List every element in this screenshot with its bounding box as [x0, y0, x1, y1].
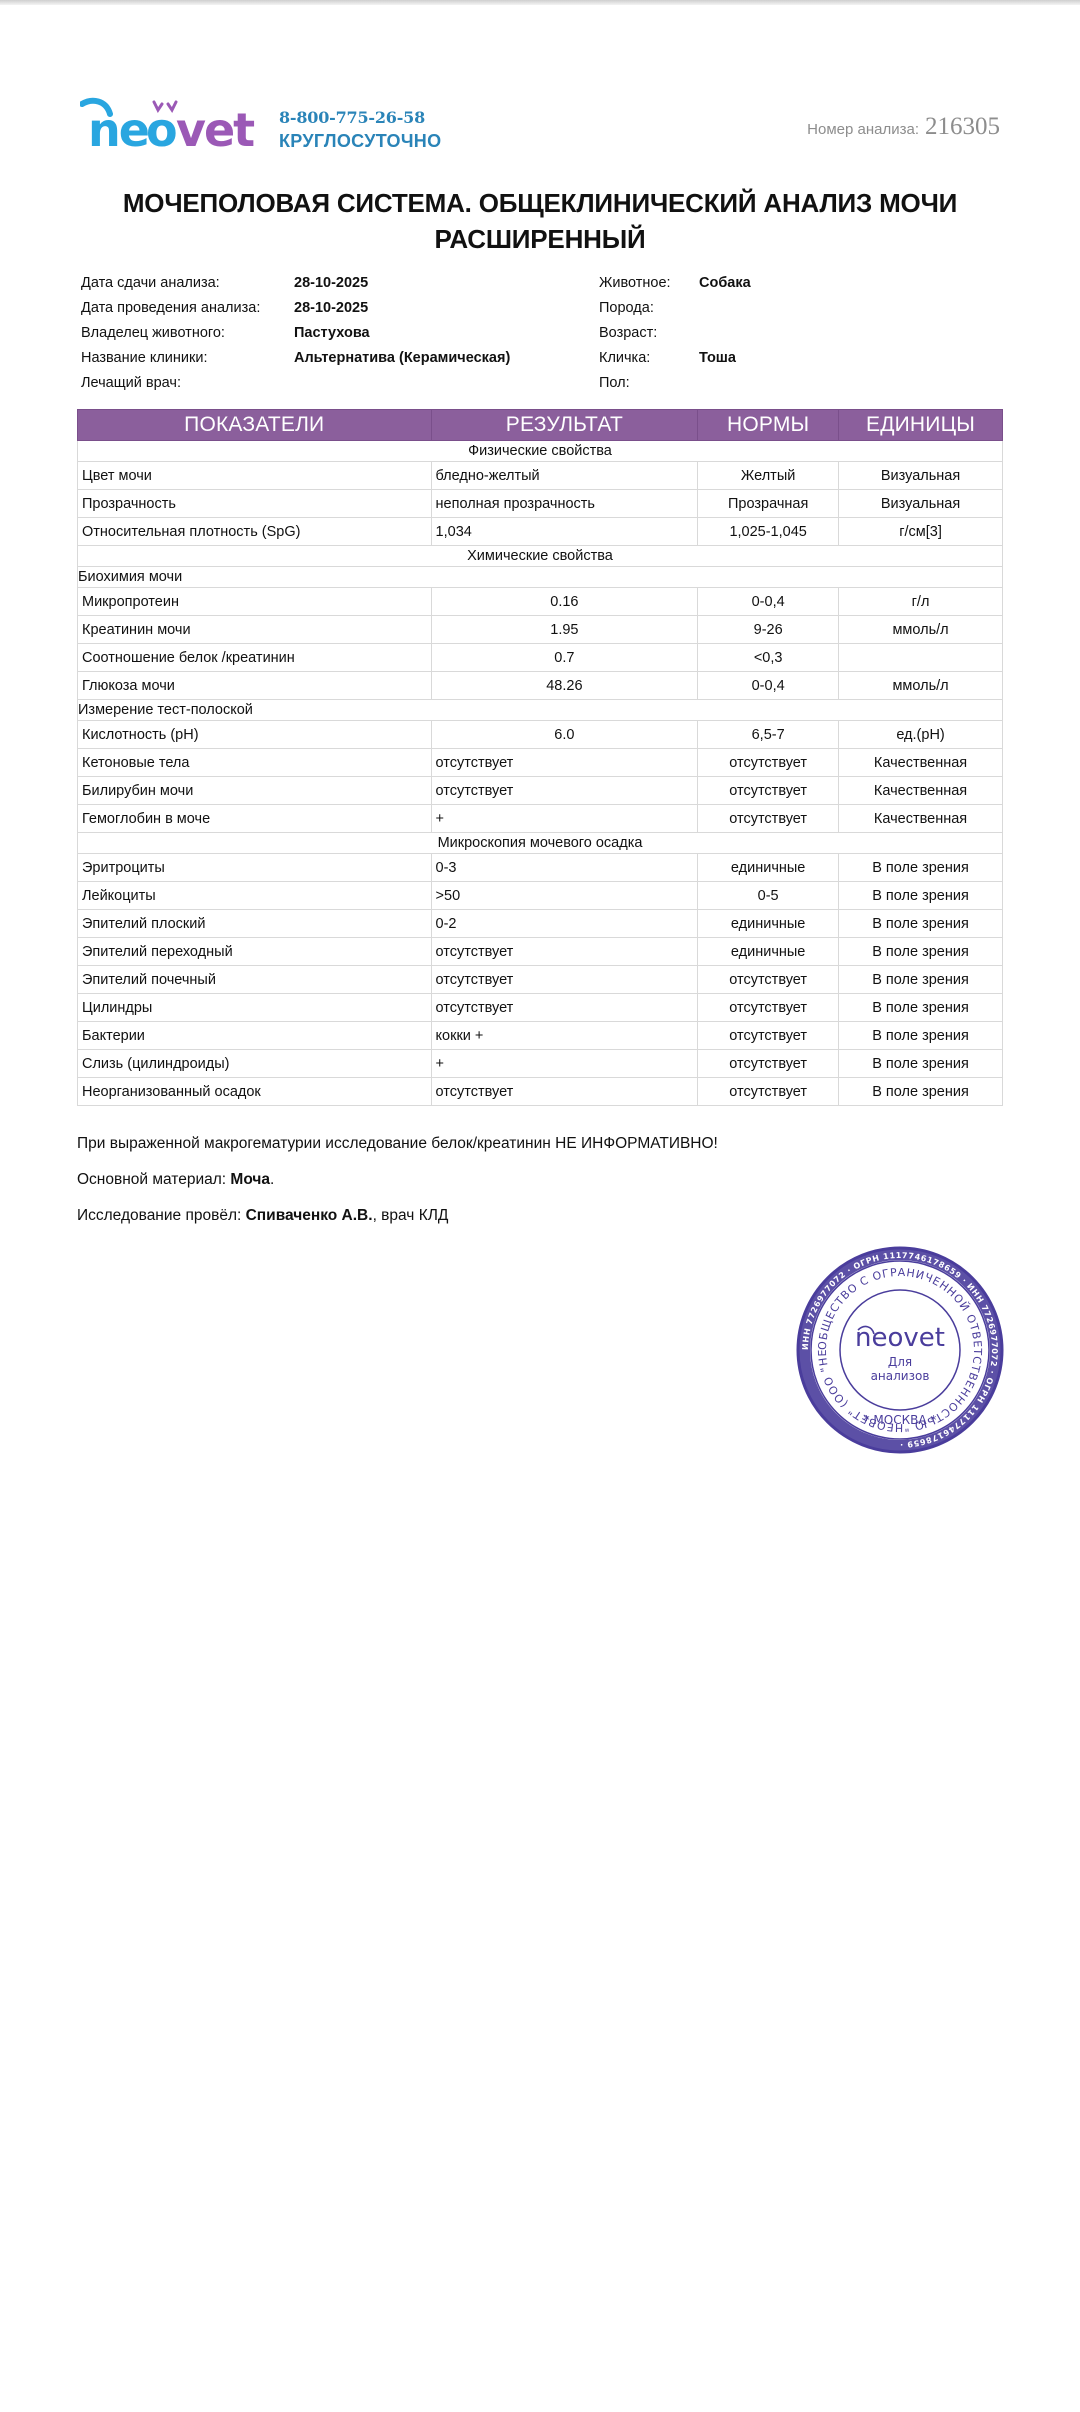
- table-header-row: ПОКАЗАТЕЛИ РЕЗУЛЬТАТ НОРМЫ ЕДИНИЦЫ: [78, 410, 1003, 441]
- cell-norm: отсутствует: [698, 1050, 839, 1078]
- cell-unit: ед.(pH): [839, 721, 1003, 749]
- cell-unit: Визуальная: [839, 462, 1003, 490]
- cell-norm: Желтый: [698, 462, 839, 490]
- cell-result: отсутствует: [431, 938, 698, 966]
- analysis-number-value: 216305: [925, 113, 1000, 141]
- cell-name: Глюкоза мочи: [78, 672, 432, 700]
- cell-norm: единичные: [698, 854, 839, 882]
- info-row-animal: Животное:Собака: [599, 270, 751, 295]
- cell-name: Бактерии: [78, 1022, 432, 1050]
- cell-norm: отсутствует: [698, 1022, 839, 1050]
- info-label: Дата проведения анализа:: [81, 300, 294, 316]
- cell-name: Эритроциты: [78, 854, 432, 882]
- info-row-age: Возраст:: [599, 320, 751, 345]
- cell-result: 0.7: [431, 644, 698, 672]
- cell-unit: Качественная: [839, 805, 1003, 833]
- cell-name: Гемоглобин в моче: [78, 805, 432, 833]
- table-row: Гемоглобин в моче+отсутствуетКачественна…: [78, 805, 1003, 833]
- cell-result: 6.0: [431, 721, 698, 749]
- section-title: Химические свойства: [78, 546, 1003, 567]
- cell-unit: В поле зрения: [839, 882, 1003, 910]
- table-row: Неорганизованный осадокотсутствуетотсутс…: [78, 1078, 1003, 1106]
- cell-unit: Качественная: [839, 749, 1003, 777]
- material-line: Основной материал: Моча.: [77, 1168, 718, 1204]
- cell-norm: 0-5: [698, 882, 839, 910]
- cell-name: Эпителий плоский: [78, 910, 432, 938]
- table-row: Эпителий почечныйотсутствуетотсутствуетВ…: [78, 966, 1003, 994]
- performed-by-line: Исследование провёл: Спиваченко А.В., вр…: [77, 1204, 718, 1240]
- table-row: Прозрачностьнеполная прозрачностьПрозрач…: [78, 490, 1003, 518]
- info-label: Дата сдачи анализа:: [81, 275, 294, 291]
- cell-norm: отсутствует: [698, 805, 839, 833]
- performer-name: Спиваченко А.В.: [246, 1207, 373, 1224]
- cell-unit: В поле зрения: [839, 966, 1003, 994]
- table-row: Билирубин мочиотсутствуетотсутствуетКаче…: [78, 777, 1003, 805]
- cell-unit: ммоль/л: [839, 672, 1003, 700]
- cell-unit: В поле зрения: [839, 854, 1003, 882]
- info-label: Возраст:: [599, 325, 699, 341]
- table-row: Относительная плотность (SpG)1,0341,025-…: [78, 518, 1003, 546]
- cell-norm: 1,025-1,045: [698, 518, 839, 546]
- cell-result: 1.95: [431, 616, 698, 644]
- cell-name: Микропротеин: [78, 588, 432, 616]
- info-value: Тоша: [699, 350, 736, 366]
- table-row: Лейкоциты>500-5В поле зрения: [78, 882, 1003, 910]
- stamp-center-line-1: Для: [888, 1355, 912, 1369]
- cell-result: отсутствует: [431, 966, 698, 994]
- section-row-microscopy: Микроскопия мочевого осадка: [78, 833, 1003, 854]
- table-row: Цвет мочибледно-желтыйЖелтыйВизуальная: [78, 462, 1003, 490]
- cell-result: отсутствует: [431, 777, 698, 805]
- table-row: Кетоновые телаотсутствуетотсутствуетКаче…: [78, 749, 1003, 777]
- info-left-block: Дата сдачи анализа:28-10-2025 Дата прове…: [81, 270, 510, 395]
- cell-unit: Визуальная: [839, 490, 1003, 518]
- hematuria-warning: При выраженной макрогематурии исследован…: [77, 1132, 718, 1168]
- cell-name: Креатинин мочи: [78, 616, 432, 644]
- cell-result: 0-3: [431, 854, 698, 882]
- cell-name: Цилиндры: [78, 994, 432, 1022]
- cell-result: >50: [431, 882, 698, 910]
- info-value: 28-10-2025: [294, 275, 368, 291]
- info-row-analysis-date: Дата проведения анализа:28-10-2025: [81, 295, 510, 320]
- subsection-row-biochem: Биохимия мочи: [78, 567, 1003, 588]
- info-value: Собака: [699, 275, 751, 291]
- cell-result: +: [431, 1050, 698, 1078]
- info-value: 28-10-2025: [294, 300, 368, 316]
- column-header-indicators: ПОКАЗАТЕЛИ: [78, 410, 432, 441]
- cell-norm: 6,5-7: [698, 721, 839, 749]
- cell-norm: Прозрачная: [698, 490, 839, 518]
- table-row: Эритроциты0-3единичныеВ поле зрения: [78, 854, 1003, 882]
- info-row-sex: Пол:: [599, 370, 751, 395]
- cell-result: 0-2: [431, 910, 698, 938]
- performed-label: Исследование провёл:: [77, 1207, 246, 1224]
- info-label: Лечащий врач:: [81, 375, 294, 391]
- cell-unit: г/см[3]: [839, 518, 1003, 546]
- cell-norm: отсутствует: [698, 749, 839, 777]
- info-label: Пол:: [599, 375, 699, 391]
- info-value: Альтернатива (Керамическая): [294, 350, 510, 366]
- section-title: Микроскопия мочевого осадка: [78, 833, 1003, 854]
- info-label: Кличка:: [599, 350, 699, 366]
- info-row-breed: Порода:: [599, 295, 751, 320]
- stamp-logo: neovet: [855, 1323, 945, 1353]
- cell-name: Билирубин мочи: [78, 777, 432, 805]
- cell-result: неполная прозрачность: [431, 490, 698, 518]
- table-row: Бактериикокки +отсутствуетВ поле зрения: [78, 1022, 1003, 1050]
- info-row-clinic: Название клиники:Альтернатива (Керамичес…: [81, 345, 510, 370]
- info-right-block: Животное:Собака Порода: Возраст: Кличка:…: [599, 270, 751, 395]
- cell-norm: 0-0,4: [698, 672, 839, 700]
- cell-norm: отсутствует: [698, 994, 839, 1022]
- material-suffix: .: [270, 1171, 274, 1188]
- cell-unit: ммоль/л: [839, 616, 1003, 644]
- material-label: Основной материал:: [77, 1171, 230, 1188]
- cell-result: отсутствует: [431, 994, 698, 1022]
- results-table: ПОКАЗАТЕЛИ РЕЗУЛЬТАТ НОРМЫ ЕДИНИЦЫ Физич…: [77, 409, 1003, 1106]
- cell-result: 1,034: [431, 518, 698, 546]
- stamp-center-line-2: анализов: [871, 1369, 930, 1383]
- cell-result: 48.26: [431, 672, 698, 700]
- svg-text:ne: ne: [88, 103, 148, 156]
- cell-unit: В поле зрения: [839, 910, 1003, 938]
- cell-name: Кислотность (pH): [78, 721, 432, 749]
- table-row: Эпителий плоский0-2единичныеВ поле зрени…: [78, 910, 1003, 938]
- cell-unit: В поле зрения: [839, 1078, 1003, 1106]
- neovet-logo: ne o vet: [80, 96, 260, 156]
- column-header-units: ЕДИНИЦЫ: [839, 410, 1003, 441]
- cell-norm: отсутствует: [698, 777, 839, 805]
- info-row-owner: Владелец животного:Пастухова: [81, 320, 510, 345]
- cell-norm: отсутствует: [698, 966, 839, 994]
- table-row: Кислотность (pH)6.06,5-7ед.(pH): [78, 721, 1003, 749]
- table-row: Слизь (цилиндроиды)+отсутствуетВ поле зр…: [78, 1050, 1003, 1078]
- cell-norm: отсутствует: [698, 1078, 839, 1106]
- cell-unit: [839, 644, 1003, 672]
- info-label: Название клиники:: [81, 350, 294, 366]
- analysis-number: Номер анализа: 216305: [807, 113, 1000, 141]
- cell-name: Эпителий переходный: [78, 938, 432, 966]
- company-stamp: ИНН 7726977072 · ОГРН 1117746178659 · ИН…: [796, 1246, 1004, 1454]
- cell-norm: единичные: [698, 910, 839, 938]
- cell-result: кокки +: [431, 1022, 698, 1050]
- cell-norm: 0-0,4: [698, 588, 839, 616]
- info-row-doctor: Лечащий врач:: [81, 370, 510, 395]
- cell-result: бледно-желтый: [431, 462, 698, 490]
- cell-norm: 9-26: [698, 616, 839, 644]
- title-line-1: МОЧЕПОЛОВАЯ СИСТЕМА. ОБЩЕКЛИНИЧЕСКИЙ АНА…: [100, 185, 980, 221]
- svg-text:vet: vet: [176, 103, 254, 156]
- phone-number[interactable]: 8-800-775-26-58: [279, 108, 441, 127]
- cell-norm: <0,3: [698, 644, 839, 672]
- table-row: Микропротеин0.160-0,4г/л: [78, 588, 1003, 616]
- material-value: Моча: [230, 1171, 270, 1188]
- top-edge-shadow: [0, 0, 1080, 5]
- cell-unit: В поле зрения: [839, 1050, 1003, 1078]
- cell-name: Слизь (цилиндроиды): [78, 1050, 432, 1078]
- table-row: ЦилиндрыотсутствуетотсутствуетВ поле зре…: [78, 994, 1003, 1022]
- hours-label: КРУГЛОСУТОЧНО: [279, 131, 441, 152]
- section-row-physical: Физические свойства: [78, 441, 1003, 462]
- info-row-submission-date: Дата сдачи анализа:28-10-2025: [81, 270, 510, 295]
- info-label: Животное:: [599, 275, 699, 291]
- column-header-result: РЕЗУЛЬТАТ: [431, 410, 698, 441]
- cell-unit: В поле зрения: [839, 994, 1003, 1022]
- cell-unit: В поле зрения: [839, 938, 1003, 966]
- section-row-chemical: Химические свойства: [78, 546, 1003, 567]
- table-row: Соотношение белок /креатинин0.7<0,3: [78, 644, 1003, 672]
- table-row: Эпителий переходныйотсутствуетединичныеВ…: [78, 938, 1003, 966]
- subsection-title: Биохимия мочи: [78, 567, 1003, 588]
- cell-norm: единичные: [698, 938, 839, 966]
- cell-name: Цвет мочи: [78, 462, 432, 490]
- contact-block: 8-800-775-26-58 КРУГЛОСУТОЧНО: [279, 108, 441, 152]
- subsection-title: Измерение тест-полоской: [78, 700, 1003, 721]
- performer-title: , врач КЛД: [373, 1207, 449, 1224]
- info-label: Владелец животного:: [81, 325, 294, 341]
- table-row: Глюкоза мочи48.260-0,4ммоль/л: [78, 672, 1003, 700]
- cell-result: 0.16: [431, 588, 698, 616]
- cell-result: отсутствует: [431, 1078, 698, 1106]
- cell-name: Эпителий почечный: [78, 966, 432, 994]
- cell-unit: В поле зрения: [839, 1022, 1003, 1050]
- subsection-row-strip: Измерение тест-полоской: [78, 700, 1003, 721]
- column-header-norms: НОРМЫ: [698, 410, 839, 441]
- cell-name: Прозрачность: [78, 490, 432, 518]
- cell-name: Соотношение белок /креатинин: [78, 644, 432, 672]
- page-title: МОЧЕПОЛОВАЯ СИСТЕМА. ОБЩЕКЛИНИЧЕСКИЙ АНА…: [100, 185, 980, 257]
- cell-name: Неорганизованный осадок: [78, 1078, 432, 1106]
- cell-name: Лейкоциты: [78, 882, 432, 910]
- info-row-nickname: Кличка:Тоша: [599, 345, 751, 370]
- cell-result: отсутствует: [431, 749, 698, 777]
- info-value: Пастухова: [294, 325, 370, 341]
- cell-result: +: [431, 805, 698, 833]
- cell-unit: Качественная: [839, 777, 1003, 805]
- notes-block: При выраженной макрогематурии исследован…: [77, 1132, 718, 1240]
- cell-unit: г/л: [839, 588, 1003, 616]
- info-label: Порода:: [599, 300, 699, 316]
- stamp-city: * МОСКВА *: [864, 1413, 937, 1427]
- analysis-number-label: Номер анализа:: [807, 121, 919, 138]
- cell-name: Относительная плотность (SpG): [78, 518, 432, 546]
- table-row: Креатинин мочи1.959-26ммоль/л: [78, 616, 1003, 644]
- section-title: Физические свойства: [78, 441, 1003, 462]
- cell-name: Кетоновые тела: [78, 749, 432, 777]
- title-line-2: РАСШИРЕННЫЙ: [100, 221, 980, 257]
